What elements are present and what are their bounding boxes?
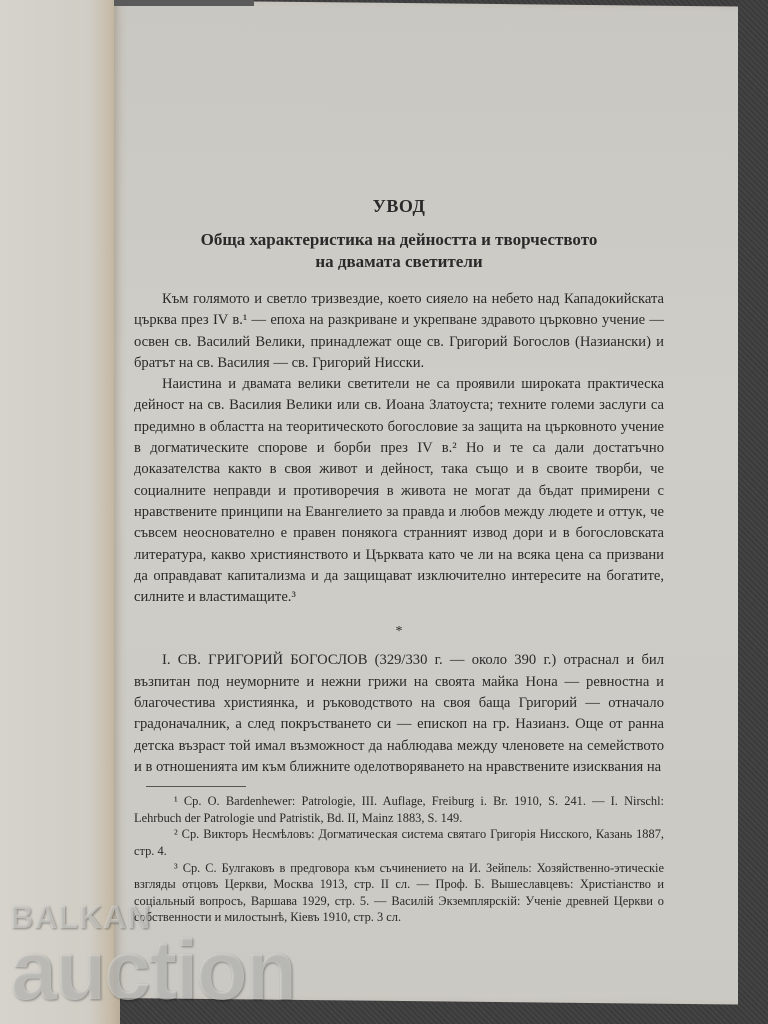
intro-paragraph-2: Наистина и двамата велики светители не с… — [134, 374, 664, 608]
footnote-rule — [146, 786, 246, 787]
section-paragraph: I. СВ. ГРИГОРИЙ БОГОСЛОВ (329/330 г. — о… — [134, 650, 664, 778]
watermark-bottom-text: auction — [10, 930, 295, 1010]
intro-paragraph-1: Към голямото и светло тризвездие, което … — [134, 289, 664, 374]
section-separator: * — [134, 624, 664, 640]
subheading-line-2: на двамата светители — [134, 251, 664, 273]
page-top-shadow — [114, 0, 254, 6]
chapter-heading: УВОД — [134, 196, 664, 217]
page-content: УВОД Обща характеристика на дейността и … — [134, 196, 664, 926]
chapter-subheading: Обща характеристика на дейността и творч… — [134, 229, 664, 273]
left-book-page — [0, 0, 120, 1024]
watermark-logo: BALKAN auction — [10, 900, 295, 1010]
footnote-1: ¹ Ср. O. Bardenhewer: Patrologie, III. A… — [134, 793, 664, 826]
footnote-2: ² Ср. Викторъ Несмѣловъ: Догматическая с… — [134, 826, 664, 859]
subheading-line-1: Обща характеристика на дейността и творч… — [134, 229, 664, 251]
